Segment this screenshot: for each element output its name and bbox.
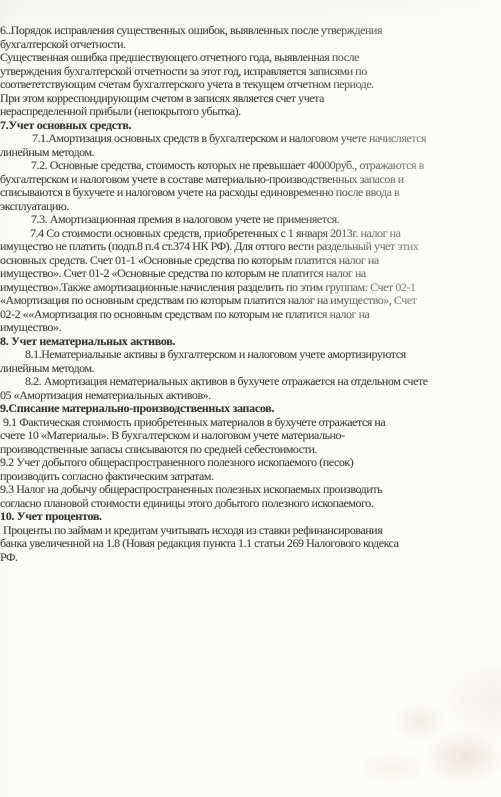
section-heading-interest-accounting: 10. Учет процентов. xyxy=(0,510,501,524)
paragraph-7-4: 7.4 Со стоимости основных средств, приоб… xyxy=(0,227,501,335)
paragraph-7-1: 7.1.Амортизация основных средств в бухга… xyxy=(0,132,501,159)
paragraph-9-2: 9.2 Учет добытого общераспространенного … xyxy=(0,456,501,483)
section-heading-intangible-assets: 8. Учет нематериальных активов. xyxy=(0,335,501,349)
document-page: 6..Порядок исправления существенных ошиб… xyxy=(0,0,501,797)
paragraph-8-2: 8.2. Амортизация нематериальных активов … xyxy=(0,375,501,402)
paragraph-error-correction: 6..Порядок исправления существенных ошиб… xyxy=(0,24,501,119)
paragraph-7-3: 7.3. Амортизационная премия в налоговом … xyxy=(0,213,501,227)
document-text: 6..Порядок исправления существенных ошиб… xyxy=(0,0,501,564)
paragraph-9-1: 9.1 Фактическая стоимость приобретенных … xyxy=(0,416,501,457)
paragraph-8-1: 8.1.Нематериальные активы в бухгалтерско… xyxy=(0,348,501,375)
paragraph-10: Проценты по займам и кредитам учитывать … xyxy=(0,524,501,565)
paragraph-7-2: 7.2. Основные средства, стоимость которы… xyxy=(0,159,501,213)
section-heading-inventory-writeoff: 9.Списание материально-производственных … xyxy=(0,402,501,416)
paragraph-9-3: 9.3 Налог на добычу общераспространенных… xyxy=(0,483,501,510)
section-heading-fixed-assets: 7.Учет основных средств. xyxy=(0,119,501,133)
